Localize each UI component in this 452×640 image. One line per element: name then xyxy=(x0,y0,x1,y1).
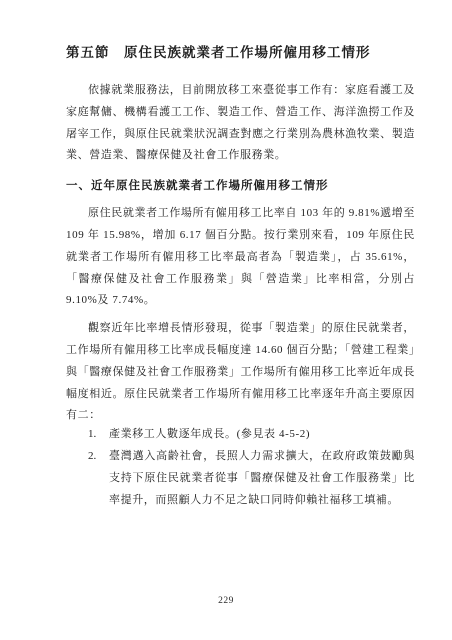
subsection-heading: 一、近年原住民族就業者工作場所僱用移工情形 xyxy=(66,178,415,195)
list-item-text: 產業移工人數逐年成長。(參見表 4-5-2) xyxy=(109,428,310,440)
reason-list-item-1: 1. 產業移工人數逐年成長。(參見表 4-5-2) xyxy=(66,424,415,446)
page-number: 229 xyxy=(0,596,452,606)
list-item-number: 1. xyxy=(88,424,96,446)
reason-list: 1. 產業移工人數逐年成長。(參見表 4-5-2) 2. 臺灣邁入高齡社會，長照… xyxy=(66,424,415,511)
list-item-text: 臺灣邁入高齡社會，長照人力需求擴大，在政府政策鼓勵與支持下原住民就業者從事「醫療… xyxy=(109,450,415,506)
list-item-number: 2. xyxy=(88,446,96,468)
document-page: 第五節 原住民族就業者工作場所僱用移工情形 依據就業服務法，目前開放移工來臺從事… xyxy=(0,0,452,640)
reason-list-item-2: 2. 臺灣邁入高齡社會，長照人力需求擴大，在政府政策鼓勵與支持下原住民就業者從事… xyxy=(66,446,415,511)
intro-paragraph: 依據就業服務法，目前開放移工來臺從事工作有：家庭看護工及家庭幫傭、機構看護工工作… xyxy=(66,80,415,167)
subsection-paragraph-1: 原住民就業者工作場所有僱用移工比率自 103 年的 9.81%遞增至 109 年… xyxy=(66,203,415,312)
section-title: 第五節 原住民族就業者工作場所僱用移工情形 xyxy=(66,43,415,62)
subsection-paragraph-2: 觀察近年比率增長情形發現，從事「製造業」的原住民就業者，工作場所有僱用移工比率成… xyxy=(66,318,415,427)
